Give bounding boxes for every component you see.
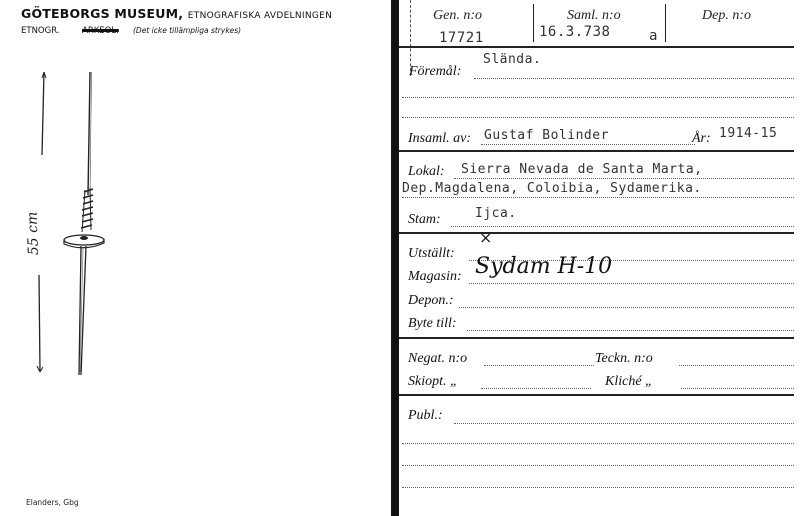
magasin-value: Sydam H-10 [475,254,612,279]
stam-value: Ijca. [475,206,517,221]
byte-label: Byte till: [408,316,457,332]
rule-stam [399,232,794,234]
publ-label: Publ.: [408,408,443,424]
insaml-label: Insaml. av: [408,131,471,147]
insaml-line [481,144,695,145]
publ-line [454,423,794,424]
saml-no-suffix: a [649,28,658,44]
lokal-label: Lokal: [408,164,445,180]
foremal-value: Slända. [483,52,541,67]
teckn-label: Teckn. n:o [595,351,653,367]
saml-no-label: Saml. n:o [567,8,621,24]
rule-insaml [399,150,794,152]
section-arkeol-struck: ARKEOL. [82,26,119,36]
publ-line-3 [402,465,794,466]
gen-no-label: Gen. n:o [433,8,482,24]
kliche-line [681,388,794,389]
foremal-line-2 [402,97,794,98]
foremal-line-3 [402,117,794,118]
svg-text:55 cm: 55 cm [24,211,42,255]
magasin-line [469,283,794,284]
skiopt-line [481,388,591,389]
section-line: ETNOGR. ARKEOL. (Det icke tillämpliga st… [21,26,60,36]
card-left-panel: GÖTEBORGS MUSEUM, ETNOGRAFISKA AVDELNING… [0,0,392,516]
negat-label: Negat. n:o [408,351,467,367]
publ-line-4 [402,487,794,488]
byte-line [467,330,794,331]
header-separator [533,4,534,42]
depon-line [459,307,794,308]
magasin-label: Magasin: [408,269,462,285]
ar-label: År: [692,131,711,147]
utstallt-label: Utställt: [408,246,455,262]
publ-line-2 [402,443,794,444]
catalog-card: Gen. n:o 17721 Saml. n:o 16.3.738 a Dep.… [399,0,800,516]
department-name: ETNOGRAFISKA AVDELNINGEN [188,11,332,21]
insaml-value: Gustaf Bolinder [484,128,609,143]
strike-note: (Det icke tillämpliga strykes) [133,26,241,35]
rule-byte [399,337,794,339]
header-rule [399,46,794,48]
foremal-line [474,78,794,79]
lokal-line-2 [402,197,794,198]
rule-skiopt [399,394,794,396]
header-separator [665,4,666,42]
kliche-label: Kliché „ [605,374,653,390]
dep-no-label: Dep. n:o [702,8,751,24]
teckn-line [679,365,794,366]
spindle-drawing: 55 cm [20,60,140,390]
utstallt-value: × [479,228,492,247]
saml-no-value: 16.3.738 [539,24,610,40]
stam-line [451,226,794,227]
museum-header: GÖTEBORGS MUSEUM, ETNOGRAFISKA AVDELNING… [21,6,332,21]
museum-name: GÖTEBORGS MUSEUM, [21,6,183,21]
lokal-line [454,178,794,179]
depon-label: Depon.: [408,293,454,309]
skiopt-label: Skiopt. „ [408,374,458,390]
printer-mark: Elanders, Gbg [26,498,79,507]
gen-no-value: 17721 [439,30,484,46]
lokal-value-line1: Sierra Nevada de Santa Marta, [461,162,702,177]
section-etnogr: ETNOGR. [21,26,60,36]
lokal-value-line2: Dep.Magdalena, Coloibia, Sydamerika. [402,181,702,196]
foremal-label: Föremål: [409,64,461,80]
stam-label: Stam: [408,212,441,228]
scale-label: 55 cm [24,211,42,255]
ar-value: 1914-15 [719,126,777,141]
negat-line [484,365,594,366]
card-fold-strip [391,0,399,516]
